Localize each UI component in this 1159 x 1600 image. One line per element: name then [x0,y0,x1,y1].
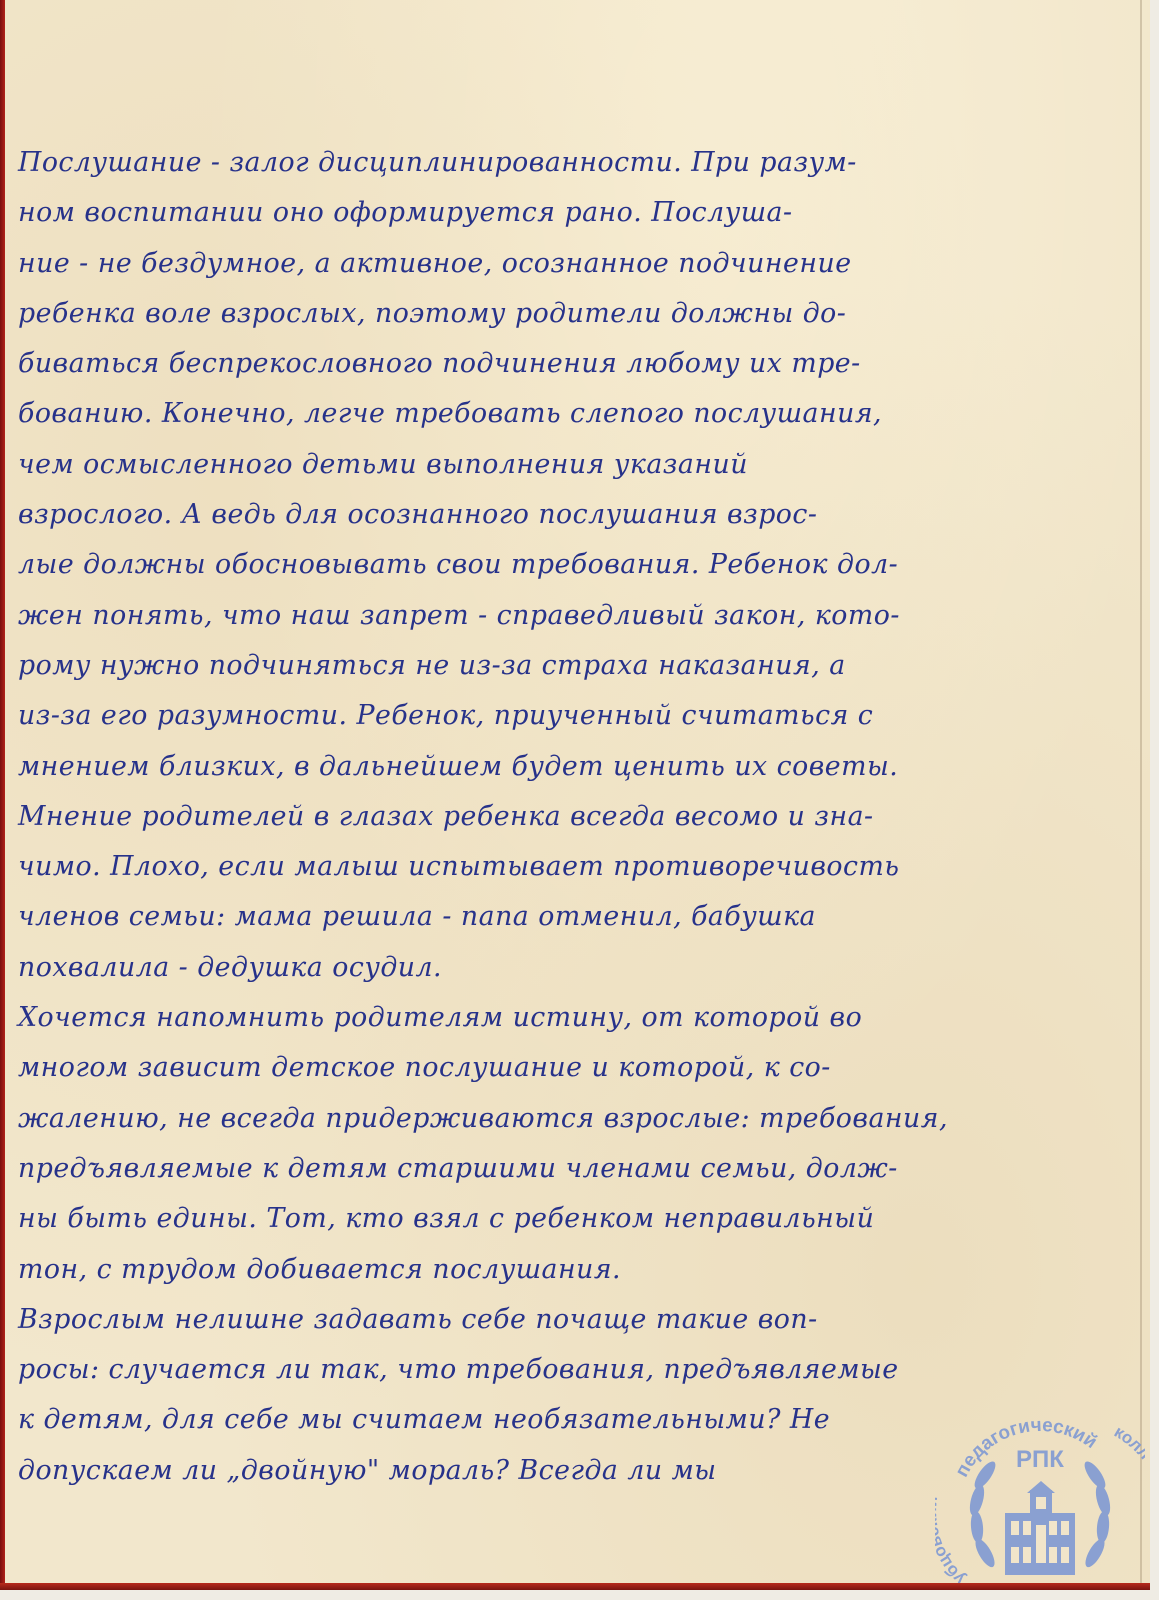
text-line: предъявляемые к детям старшими членами с… [18,1144,1118,1194]
text-line: многом зависит детское послушание и кото… [18,1043,1118,1093]
text-line: членов семьи: мама решила - папа отменил… [18,892,1118,942]
text-line: Хочется напомнить родителям истину, от к… [18,993,1118,1043]
text-line: из-за его разумности. Ребенок, приученны… [18,691,1118,741]
text-line: взрослого. А ведь для осознанного послуш… [18,490,1118,540]
handwritten-text: Послушание - залог дисциплинированности.… [18,138,1128,1496]
college-stamp: педагогический Рубцовский колледж РПК [935,1375,1145,1590]
text-line: лые должны обосновывать свои требования.… [18,540,1118,590]
text-line: Взрослым нелишне задавать себе почаще та… [18,1295,1118,1345]
text-line: тон, с трудом добивается послушания. [18,1245,1118,1295]
text-line: Послушание - залог дисциплинированности.… [18,138,1118,188]
stamp-abbreviation: РПК [1016,1446,1064,1473]
text-line: бованию. Конечно, легче требовать слепог… [18,389,1118,439]
text-line: биваться беспрекословного подчинения люб… [18,339,1118,389]
text-line: жалению, не всегда придерживаются взросл… [18,1094,1118,1144]
red-left-border [0,0,5,1590]
stamp-arc-right: колледж [1111,1422,1145,1491]
text-line: чем осмысленного детьми выполнения указа… [18,440,1118,490]
text-line: рому нужно подчиняться не из-за страха н… [18,641,1118,691]
text-line: ребенка воле взрослых, поэтому родители … [18,289,1118,339]
text-line: ны быть едины. Тот, кто взял с ребенком … [18,1194,1118,1244]
text-line: ном воспитании оно оформируется рано. По… [18,188,1118,238]
text-line: чимо. Плохо, если малыш испытывает проти… [18,842,1118,892]
text-line: ние - не бездумное, а активное, осознанн… [18,239,1118,289]
text-line: Мнение родителей в глазах ребенка всегда… [18,792,1118,842]
text-line: жен понять, что наш запрет - справедливы… [18,591,1118,641]
stamp-emblem-icon: педагогический Рубцовский колледж РПК [935,1375,1145,1590]
handwritten-page: Послушание - залог дисциплинированности.… [0,0,1150,1590]
text-line: похвалила - дедушка осудил. [18,943,1118,993]
red-bottom-border [0,1583,1150,1590]
text-line: мнением близких, в дальнейшем будет цени… [18,742,1118,792]
page-fold-line [1140,0,1142,1583]
